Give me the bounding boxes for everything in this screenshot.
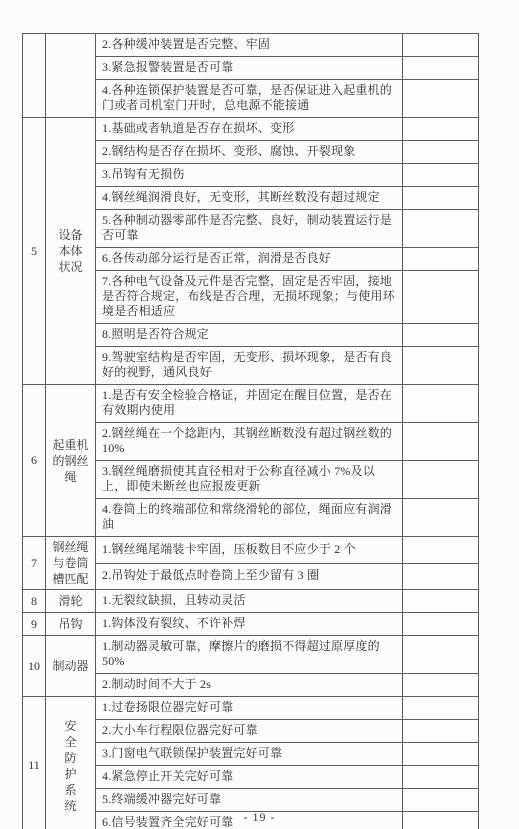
result-cell-empty — [403, 324, 479, 347]
result-cell-empty — [403, 34, 479, 57]
result-cell-empty — [403, 461, 479, 499]
table-row: 6起重机的钢丝绳1.是否有安全检验合格证，并固定在醒目位置，是否在有效期内使用 — [23, 385, 479, 423]
section-category-label: 设备本体状况 — [46, 118, 96, 385]
category-line: 设备 — [48, 227, 93, 243]
section-category-label: 制动器 — [46, 636, 96, 697]
result-cell-empty — [403, 499, 479, 537]
inspection-item-text: 1.制动器灵敏可靠，摩擦片的磨损不得超过原厚度的 50% — [96, 636, 403, 674]
section-category-label: 吊钩 — [46, 613, 96, 636]
inspection-item-text: 1.无裂纹缺损，且转动灵活 — [96, 590, 403, 613]
table-row: 5设备本体状况1.基础或者轨道是否存在损坏、变形 — [23, 118, 479, 141]
result-cell-empty — [403, 789, 479, 812]
inspection-item-text: 1.是否有安全检验合格证，并固定在醒目位置，是否在有效期内使用 — [96, 385, 403, 423]
inspection-item-text: 2.钢结构是否存在损坏、变形、腐蚀、开裂现象 — [96, 141, 403, 164]
table-row: 10制动器1.制动器灵敏可靠，摩擦片的磨损不得超过原厚度的 50% — [23, 636, 479, 674]
section-number: 10 — [23, 636, 46, 697]
inspection-item-text: 4.紧急停止开关完好可靠 — [96, 766, 403, 789]
inspection-item-text: 4.各种连锁保护装置是否可靠，是否保证进入起重机的门或者司机室门开时，总电源不能… — [96, 80, 403, 118]
table-row: 8滑轮1.无裂纹缺损，且转动灵活 — [23, 590, 479, 613]
result-cell-empty — [403, 720, 479, 743]
result-cell-empty — [403, 636, 479, 674]
category-line: 状况 — [48, 259, 93, 275]
table-row: 11安全防护系统1.过卷扬限位器完好可靠 — [23, 697, 479, 720]
inspection-item-text: 3.钢丝绳磨损使其直径相对于公称直径减小 7%及以上，即使未断丝也应报废更新 — [96, 461, 403, 499]
category-line: 护 — [48, 766, 93, 782]
inspection-item-text: 1.基础或者轨道是否存在损坏、变形 — [96, 118, 403, 141]
inspection-item-text: 2.吊钩处于最低点时卷筒上至少留有 3 圈 — [96, 563, 403, 590]
inspection-item-text: 7.各种电气设备及元件是否完整，固定是否牢固，接地是否符合规定，布线是否合理，无… — [96, 271, 403, 324]
result-cell-empty — [403, 766, 479, 789]
category-line: 钢丝绳 — [48, 539, 93, 555]
inspection-item-text: 5.终端缓冲器完好可靠 — [96, 789, 403, 812]
inspection-item-text: 1.钩体没有裂纹、不许补焊 — [96, 613, 403, 636]
section-category-label: 起重机的钢丝绳 — [46, 385, 96, 537]
result-cell-empty — [403, 697, 479, 720]
table-row: 2.各种缓冲装置是否完整、牢固 — [23, 34, 479, 57]
inspection-item-text: 2.制动时间不大于 2s — [96, 674, 403, 697]
section-number: 8 — [23, 590, 46, 613]
page-number: - 19 - — [0, 810, 519, 825]
category-line: 制动器 — [48, 658, 93, 674]
category-line: 系 — [48, 782, 93, 798]
result-cell-empty — [403, 385, 479, 423]
section-category-label — [46, 34, 96, 118]
result-cell-empty — [403, 141, 479, 164]
category-line: 滑轮 — [48, 593, 93, 609]
table-row: 9吊钩1.钩体没有裂纹、不许补焊 — [23, 613, 479, 636]
result-cell-empty — [403, 674, 479, 697]
inspection-item-text: 2.大小车行程限位器完好可靠 — [96, 720, 403, 743]
category-line: 吊钩 — [48, 616, 93, 632]
result-cell-empty — [403, 347, 479, 385]
result-cell-empty — [403, 248, 479, 271]
section-number: 7 — [23, 537, 46, 590]
category-line: 槽匹配 — [48, 571, 93, 587]
result-cell-empty — [403, 210, 479, 248]
scanned-document-page: 2.各种缓冲装置是否完整、牢固3.紧急报警装置是否可靠4.各种连锁保护装置是否可… — [0, 0, 519, 829]
category-line: 全 — [48, 734, 93, 750]
category-line: 防 — [48, 750, 93, 766]
inspection-item-text: 2.各种缓冲装置是否完整、牢固 — [96, 34, 403, 57]
checklist-table-body: 2.各种缓冲装置是否完整、牢固3.紧急报警装置是否可靠4.各种连锁保护装置是否可… — [23, 34, 479, 829]
table-row: 7钢丝绳与卷筒槽匹配1.钢丝绳尾端装卡牢固，压板数目不应少于 2 个 — [23, 537, 479, 564]
category-line: 的钢丝 — [48, 453, 93, 469]
section-category-label: 钢丝绳与卷筒槽匹配 — [46, 537, 96, 590]
section-number: 9 — [23, 613, 46, 636]
result-cell-empty — [403, 743, 479, 766]
category-line: 安 — [48, 718, 93, 734]
section-number — [23, 34, 46, 118]
inspection-item-text: 3.紧急报警装置是否可靠 — [96, 57, 403, 80]
result-cell-empty — [403, 423, 479, 461]
result-cell-empty — [403, 118, 479, 141]
inspection-item-text: 4.钢丝绳润滑良好，无变形，其断丝数没有超过规定 — [96, 187, 403, 210]
inspection-item-text: 9.驾驶室结构是否牢固，无变形、损坏现象，是否有良好的视野，通风良好 — [96, 347, 403, 385]
inspection-item-text: 3.吊钩有无损伤 — [96, 164, 403, 187]
section-number: 6 — [23, 385, 46, 537]
inspection-item-text: 6.各传动部分运行是否正常，润滑是否良好 — [96, 248, 403, 271]
inspection-item-text: 1.钢丝绳尾端装卡牢固，压板数目不应少于 2 个 — [96, 537, 403, 564]
result-cell-empty — [403, 80, 479, 118]
inspection-checklist-table: 2.各种缓冲装置是否完整、牢固3.紧急报警装置是否可靠4.各种连锁保护装置是否可… — [22, 33, 479, 829]
section-category-label: 滑轮 — [46, 590, 96, 613]
result-cell-empty — [403, 613, 479, 636]
category-line: 起重机 — [48, 437, 93, 453]
result-cell-empty — [403, 563, 479, 590]
category-line: 与卷筒 — [48, 555, 93, 571]
result-cell-empty — [403, 271, 479, 324]
inspection-item-text: 4.卷筒上的终端部位和常绕滑轮的部位，绳面应有润滑油 — [96, 499, 403, 537]
result-cell-empty — [403, 537, 479, 564]
result-cell-empty — [403, 590, 479, 613]
inspection-item-text: 5.各种制动器零部件是否完整、良好，制动装置运行是否可靠 — [96, 210, 403, 248]
result-cell-empty — [403, 164, 479, 187]
section-number: 5 — [23, 118, 46, 385]
result-cell-empty — [403, 187, 479, 210]
inspection-item-text: 8.照明是否符合规定 — [96, 324, 403, 347]
result-cell-empty — [403, 57, 479, 80]
category-line: 绳 — [48, 469, 93, 485]
inspection-item-text: 3.门窗电气联锁保护装置完好可靠 — [96, 743, 403, 766]
inspection-item-text: 2.钢丝绳在一个捻距内，其钢丝断数没有超过钢丝数的 10% — [96, 423, 403, 461]
inspection-item-text: 1.过卷扬限位器完好可靠 — [96, 697, 403, 720]
category-line: 本体 — [48, 243, 93, 259]
